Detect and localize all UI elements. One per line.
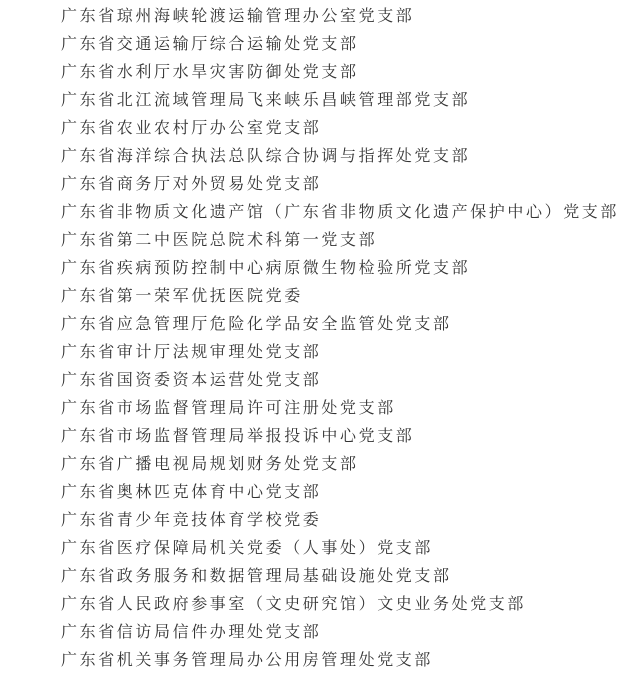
list-item: 广东省国资委资本运营处党支部 — [61, 366, 640, 394]
list-item: 广东省政务服务和数据管理局基础设施处党支部 — [61, 562, 640, 590]
list-item: 广东省疾病预防控制中心病原微生物检验所党支部 — [61, 254, 640, 282]
list-item: 广东省北江流域管理局飞来峡乐昌峡管理部党支部 — [61, 86, 640, 114]
list-item: 广东省第二中医院总院术科第一党支部 — [61, 226, 640, 254]
list-item: 广东省青少年竞技体育学校党委 — [61, 506, 640, 534]
list-item: 广东省应急管理厅危险化学品安全监管处党支部 — [61, 310, 640, 338]
list-item: 广东省市场监督管理局许可注册处党支部 — [61, 394, 640, 422]
document-body: 广东省琼州海峡轮渡运输管理办公室党支部 广东省交通运输厅综合运输处党支部 广东省… — [61, 2, 640, 673]
list-item: 广东省人民政府参事室（文史研究馆）文史业务处党支部 — [61, 590, 640, 618]
list-item: 广东省信访局信件办理处党支部 — [61, 618, 640, 646]
list-item: 广东省海洋综合执法总队综合协调与指挥处党支部 — [61, 142, 640, 170]
list-item: 广东省水利厅水旱灾害防御处党支部 — [61, 58, 640, 86]
list-item: 广东省商务厅对外贸易处党支部 — [61, 170, 640, 198]
list-item: 广东省奥林匹克体育中心党支部 — [61, 478, 640, 506]
list-item: 广东省市场监督管理局举报投诉中心党支部 — [61, 422, 640, 450]
list-item: 广东省非物质文化遗产馆（广东省非物质文化遗产保护中心）党支部 — [61, 198, 640, 226]
list-item: 广东省琼州海峡轮渡运输管理办公室党支部 — [61, 2, 640, 30]
list-item: 广东省第一荣军优抚医院党委 — [61, 282, 640, 310]
list-item: 广东省审计厅法规审理处党支部 — [61, 338, 640, 366]
list-item: 广东省医疗保障局机关党委（人事处）党支部 — [61, 534, 640, 562]
list-item: 广东省农业农村厅办公室党支部 — [61, 114, 640, 142]
list-item: 广东省广播电视局规划财务处党支部 — [61, 450, 640, 478]
list-item: 广东省交通运输厅综合运输处党支部 — [61, 30, 640, 58]
organization-list: 广东省琼州海峡轮渡运输管理办公室党支部 广东省交通运输厅综合运输处党支部 广东省… — [61, 2, 640, 673]
list-item: 广东省机关事务管理局办公用房管理处党支部 — [61, 646, 640, 673]
